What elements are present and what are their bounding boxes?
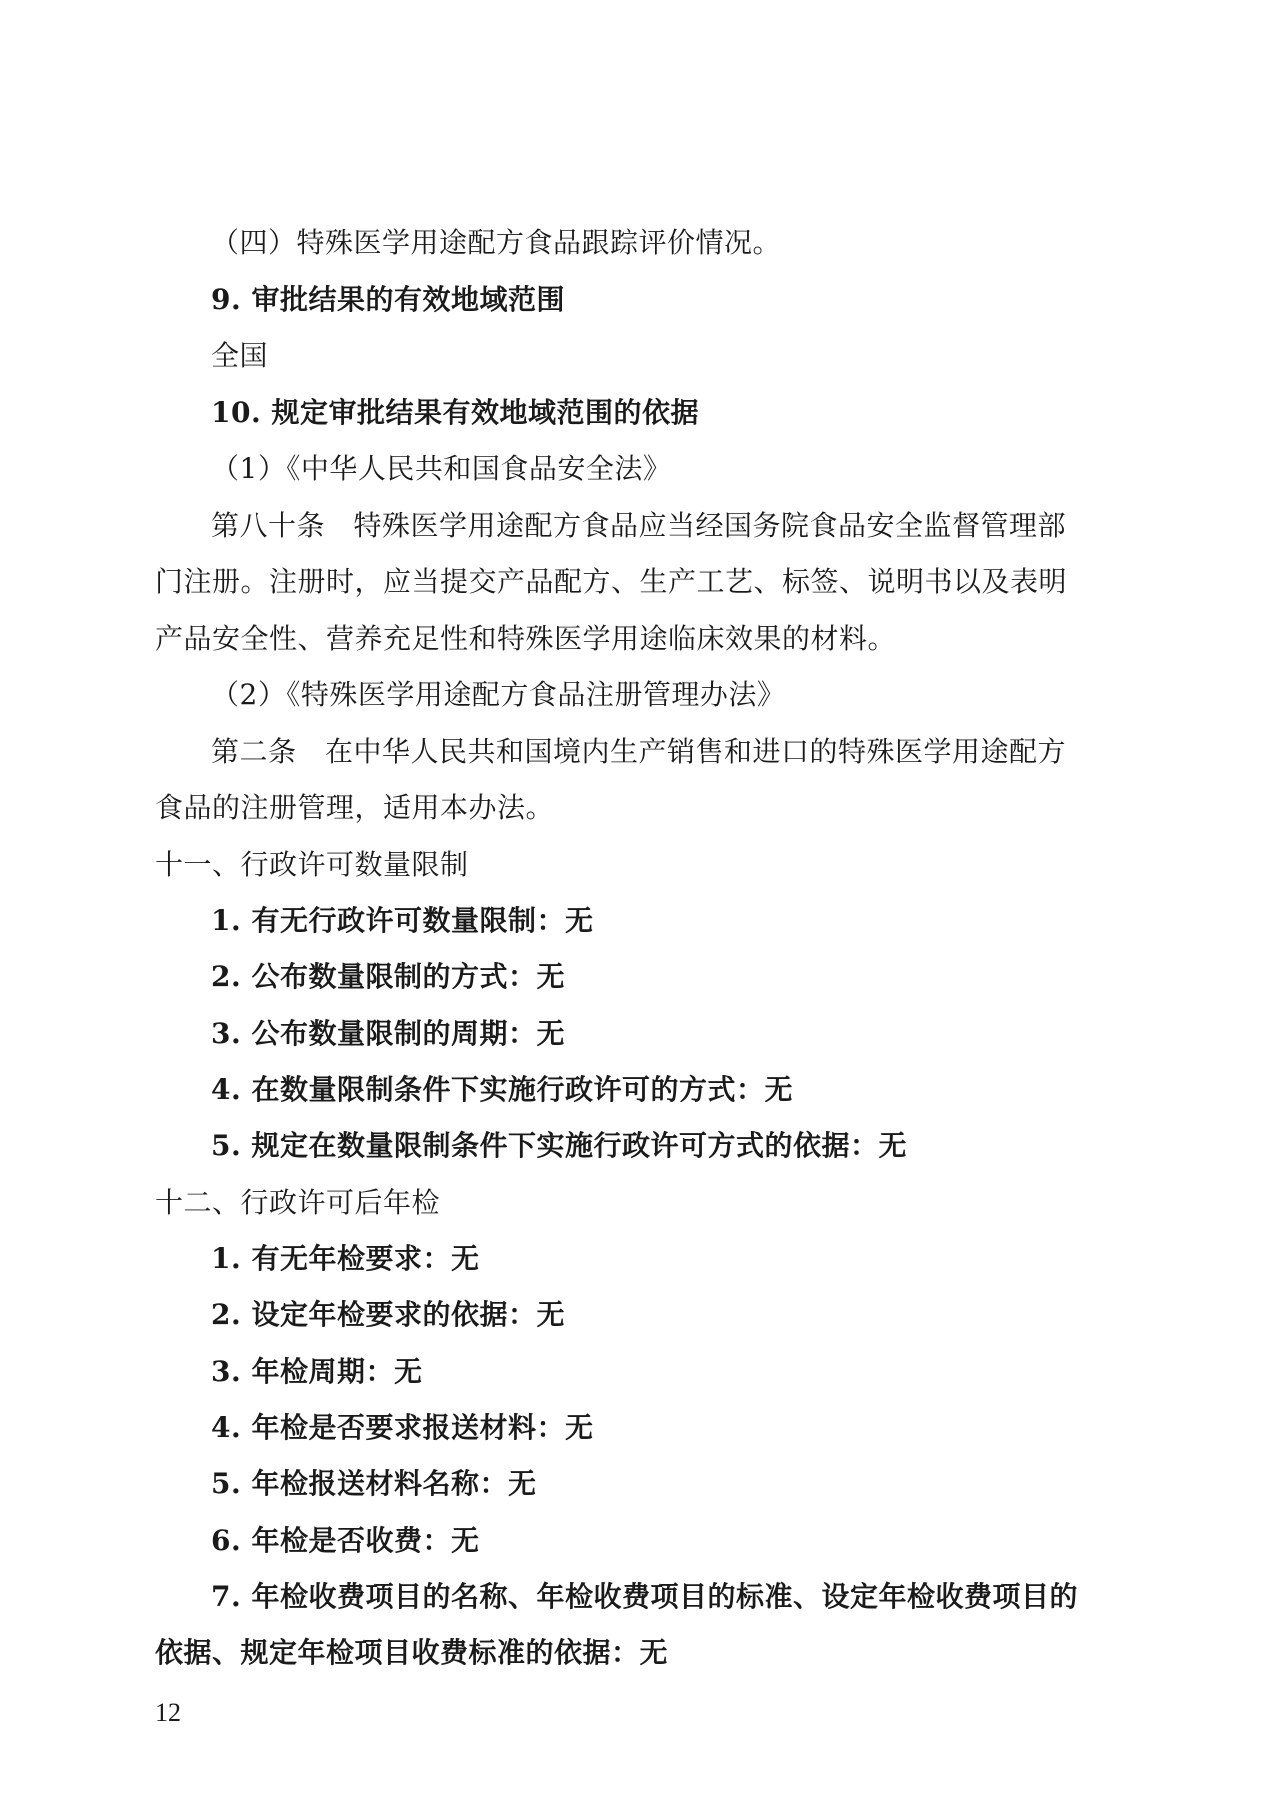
section-12-heading: 十二、行政许可后年检 xyxy=(155,1183,1095,1223)
law-article-2-line-1: 第二条 在中华人民共和国境内生产销售和进口的特殊医学用途配方 xyxy=(211,732,1151,772)
section-12-item-4: 4. 年检是否要求报送材料：无 xyxy=(211,1408,1151,1448)
law-reference-2: （2）《特殊医学用途配方食品注册管理办法》 xyxy=(211,675,1151,715)
item-10-heading: 10. 规定审批结果有效地域范围的依据 xyxy=(211,393,1151,433)
page-number: 12 xyxy=(155,1698,181,1728)
section-12-item-6: 6. 年检是否收费：无 xyxy=(211,1521,1151,1561)
document-page: （四）特殊医学用途配方食品跟踪评价情况。 9. 审批结果的有效地域范围 全国 1… xyxy=(0,0,1280,1806)
law-article-80-line-3: 产品安全性、营养充足性和特殊医学用途临床效果的材料。 xyxy=(155,619,1095,659)
item-9-heading: 9. 审批结果的有效地域范围 xyxy=(211,280,1151,320)
section-11-item-2: 2. 公布数量限制的方式：无 xyxy=(211,957,1151,997)
section-12-item-5: 5. 年检报送材料名称：无 xyxy=(211,1464,1151,1504)
section-12-item-7-line-2: 依据、规定年检项目收费标准的依据：无 xyxy=(155,1633,1095,1673)
section-11-heading: 十一、行政许可数量限制 xyxy=(155,845,1095,885)
item-9-value: 全国 xyxy=(211,336,1151,376)
law-article-2-line-2: 食品的注册管理，适用本办法。 xyxy=(155,788,1095,828)
section-11-item-5: 5. 规定在数量限制条件下实施行政许可方式的依据：无 xyxy=(211,1126,1151,1166)
section-12-item-1: 1. 有无年检要求：无 xyxy=(211,1239,1151,1279)
section-11-item-4: 4. 在数量限制条件下实施行政许可的方式：无 xyxy=(211,1070,1151,1110)
section-12-item-3: 3. 年检周期：无 xyxy=(211,1352,1151,1392)
section-item-4: （四）特殊医学用途配方食品跟踪评价情况。 xyxy=(211,223,1151,263)
section-12-item-7-line-1: 7. 年检收费项目的名称、年检收费项目的标准、设定年检收费项目的 xyxy=(211,1577,1151,1617)
section-12-item-2: 2. 设定年检要求的依据：无 xyxy=(211,1295,1151,1335)
law-article-80-line-2: 门注册。注册时，应当提交产品配方、生产工艺、标签、说明书以及表明 xyxy=(155,562,1095,602)
section-11-item-1: 1. 有无行政许可数量限制：无 xyxy=(211,901,1151,941)
section-11-item-3: 3. 公布数量限制的周期：无 xyxy=(211,1014,1151,1054)
law-reference-1: （1）《中华人民共和国食品安全法》 xyxy=(211,449,1151,489)
law-article-80-line-1: 第八十条 特殊医学用途配方食品应当经国务院食品安全监督管理部 xyxy=(211,506,1151,546)
